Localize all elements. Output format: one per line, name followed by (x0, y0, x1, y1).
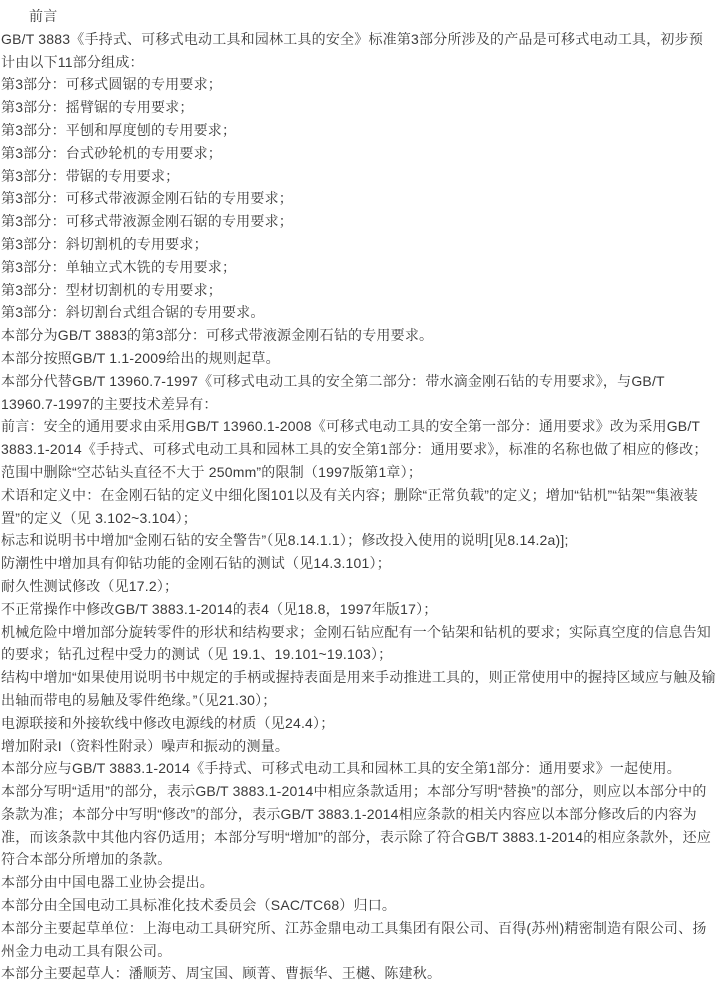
document-paragraph: 电源联接和外接软线中修改电源线的材质（见24.4）； (1, 712, 716, 735)
document-paragraph: 第3部分：带锯的专用要求； (1, 165, 716, 188)
document-paragraph: GB/T 3883《手持式、可移式电动工具和园林工具的安全》标准第3部分所涉及的… (1, 28, 716, 74)
document-paragraph: 第3部分：型材切割机的专用要求； (1, 279, 716, 302)
document-paragraph: 标志和说明书中增加“金刚石钻的安全警告”（见8.14.1.1）；修改投入使用的说… (1, 529, 716, 552)
document-paragraph: 增加附录I（资料性附录）噪声和振动的测量。 (1, 735, 716, 758)
document-paragraph: 第3部分：摇臂锯的专用要求； (1, 96, 716, 119)
document-paragraph: 本部分写明“适用”的部分，表示GB/T 3883.1-2014中相应条款适用；本… (1, 780, 716, 871)
document-paragraph: 第3部分：可移式圆锯的专用要求； (1, 73, 716, 96)
document-paragraph: 本部分由中国电器工业协会提出。 (1, 871, 716, 894)
document-paragraph: 本部分按照GB/T 1.1-2009给出的规则起草。 (1, 347, 716, 370)
document-paragraph: 第3部分：台式砂轮机的专用要求； (1, 142, 716, 165)
document-paragraph: 第3部分：可移式带液源金刚石锯的专用要求； (1, 210, 716, 233)
foreword-title: 前言 (1, 5, 716, 28)
document-paragraph: 本部分代替GB/T 13960.7-1997《可移式电动工具的安全第二部分：带水… (1, 370, 716, 416)
document-paragraph: 本部分由全国电动工具标准化技术委员会（SAC/TC68）归口。 (1, 894, 716, 917)
document-paragraph: 本部分主要起草人：潘顺芳、周宝国、顾菁、曹振华、王樾、陈建秋。 (1, 962, 716, 985)
document-paragraph: 结构中增加“如果使用说明书中规定的手柄或握持表面是用来手动推进工具的，则正常使用… (1, 666, 716, 712)
document-paragraph: 第3部分：单轴立式木铣的专用要求； (1, 256, 716, 279)
document-paragraph: 本部分应与GB/T 3883.1-2014《手持式、可移式电动工具和园林工具的安… (1, 757, 716, 780)
document-paragraph: 防潮性中增加具有仰钻功能的金刚石钻的测试（见14.3.101）； (1, 552, 716, 575)
document-paragraph: 不正常操作中修改GB/T 3883.1-2014的表4（见18.8，1997年版… (1, 598, 716, 621)
document-paragraph: 本部分主要起草单位：上海电动工具研究所、江苏金鼎电动工具集团有限公司、百得(苏州… (1, 917, 716, 963)
document-paragraph: 术语和定义中：在金刚石钻的定义中细化图101以及有关内容；删除“正常负载”的定义… (1, 484, 716, 530)
document-paragraph: 耐久性测试修改（见17.2）； (1, 575, 716, 598)
document-paragraph: 第3部分：斜切割台式组合锯的专用要求。 (1, 301, 716, 324)
document-page: 前言 GB/T 3883《手持式、可移式电动工具和园林工具的安全》标准第3部分所… (0, 0, 718, 985)
document-paragraph: 本部分为GB/T 3883的第3部分：可移式带液源金刚石钻的专用要求。 (1, 324, 716, 347)
document-paragraph: 机械危险中增加部分旋转零件的形状和结构要求；金刚石钻应配有一个钻架和钻机的要求；… (1, 621, 716, 667)
document-paragraph: 第3部分：可移式带液源金刚石钻的专用要求； (1, 187, 716, 210)
document-body: GB/T 3883《手持式、可移式电动工具和园林工具的安全》标准第3部分所涉及的… (1, 28, 716, 985)
document-paragraph: 第3部分：斜切割机的专用要求； (1, 233, 716, 256)
document-paragraph: 范围中删除“空芯钻头直径不大于 250mm”的限制（1997版第1章）； (1, 461, 716, 484)
document-paragraph: 前言：安全的通用要求由采用GB/T 13960.1-2008《可移式电动工具的安… (1, 415, 716, 461)
document-paragraph: 第3部分：平刨和厚度刨的专用要求； (1, 119, 716, 142)
